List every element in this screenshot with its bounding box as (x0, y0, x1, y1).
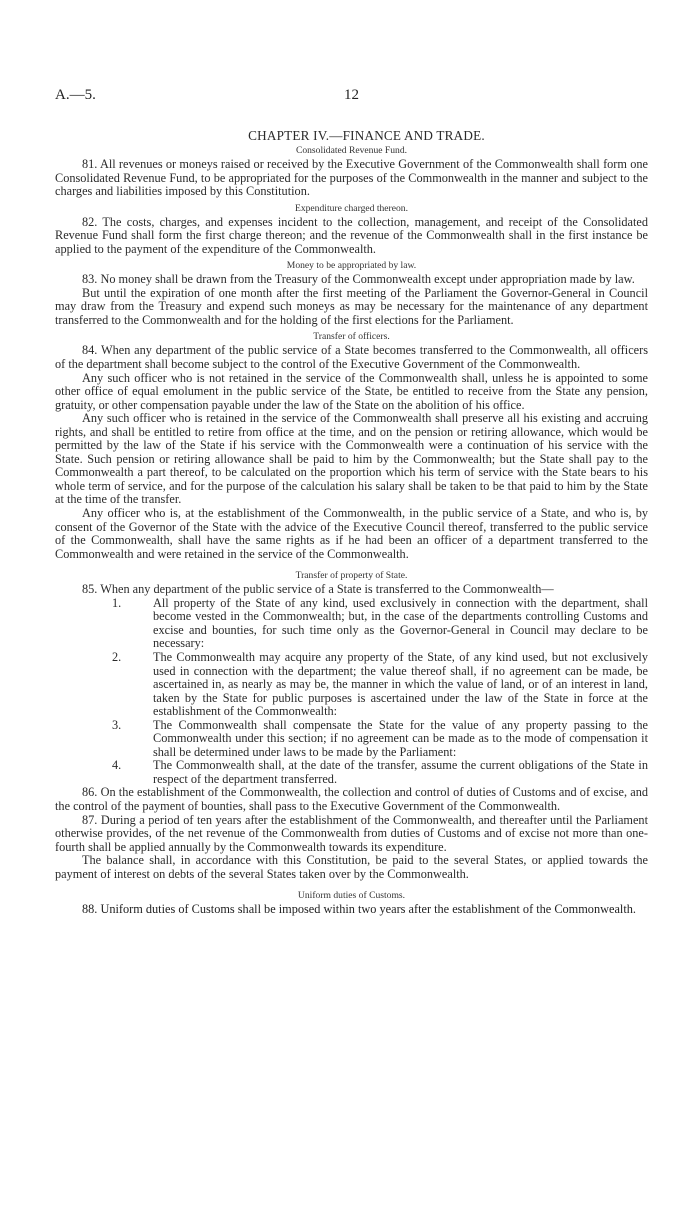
section-heading: Consolidated Revenue Fund. (55, 144, 648, 157)
section-number: 83. (82, 272, 97, 286)
paragraph-text: When any department of the public servic… (97, 582, 553, 596)
list-item-number: 3. (112, 719, 121, 733)
section-87-paragraph: 87. During a period of ten years after t… (55, 814, 648, 855)
paragraph-text: When any department of the public servic… (55, 343, 648, 371)
paragraph-text: But until the expiration of one month af… (55, 286, 648, 327)
list-item: 4.The Commonwealth shall, at the date of… (55, 759, 648, 786)
section-number: 85. (82, 582, 97, 596)
section-83-paragraph-2: But until the expiration of one month af… (55, 287, 648, 328)
section-heading: Expenditure charged thereon. (55, 202, 648, 215)
section-heading: Transfer of officers. (55, 330, 648, 343)
list-item: 2.The Commonwealth may acquire any prope… (55, 651, 648, 719)
section-87-paragraph-2: The balance shall, in accordance with th… (55, 854, 648, 881)
list-item-text: All property of the State of any kind, u… (153, 596, 648, 651)
section-heading: Transfer of property of State. (55, 569, 648, 582)
section-84-paragraph-3: Any such officer who is retained in the … (55, 412, 648, 507)
section-84-paragraph: 84. When any department of the public se… (55, 344, 648, 371)
page-header: A.—5. 12 (55, 87, 648, 107)
section-number: 86. (82, 785, 97, 799)
paragraph-text: No money shall be drawn from the Treasur… (97, 272, 634, 286)
page-number: 12 (55, 87, 648, 104)
paragraph-text: On the establishment of the Commonwealth… (55, 785, 648, 813)
chapter-title: CHAPTER IV.—FINANCE AND TRADE. (55, 128, 648, 143)
paragraph-text: The costs, charges, and expenses inciden… (55, 215, 648, 256)
paragraph-text: Uniform duties of Customs shall be impos… (97, 902, 636, 916)
section-83-paragraph: 83. No money shall be drawn from the Tre… (55, 273, 648, 287)
section-84-paragraph-2: Any such officer who is not retained in … (55, 372, 648, 413)
list-item-number: 2. (112, 651, 121, 665)
section-81-paragraph: 81. All revenues or moneys raised or rec… (55, 158, 648, 199)
list-item-text: The Commonwealth shall compensate the St… (153, 718, 648, 759)
section-number: 82. (82, 215, 97, 229)
section-heading: Money to be appropriated by law. (55, 259, 648, 272)
section-82-paragraph: 82. The costs, charges, and expenses inc… (55, 216, 648, 257)
paragraph-text: The balance shall, in accordance with th… (55, 853, 648, 881)
list-item-text: The Commonwealth shall, at the date of t… (153, 758, 648, 786)
section-86-paragraph: 86. On the establishment of the Commonwe… (55, 786, 648, 813)
section-number: 84. (82, 343, 97, 357)
section-88-paragraph: 88. Uniform duties of Customs shall be i… (55, 903, 648, 917)
list-item: 3.The Commonwealth shall compensate the … (55, 719, 648, 760)
list-item-text: The Commonwealth may acquire any propert… (153, 650, 648, 718)
list-item: 1.All property of the State of any kind,… (55, 597, 648, 651)
list-item-number: 4. (112, 759, 121, 773)
section-85-paragraph: 85. When any department of the public se… (55, 583, 648, 597)
paragraph-text: All revenues or moneys raised or receive… (55, 157, 648, 198)
section-number: 81. (82, 157, 97, 171)
paragraph-text: Any officer who is, at the establishment… (55, 506, 648, 561)
paragraph-text: Any such officer who is not retained in … (55, 371, 648, 412)
section-number: 87. (82, 813, 97, 827)
document-body: CHAPTER IV.—FINANCE AND TRADE. Consolida… (55, 128, 648, 917)
section-number: 88. (82, 902, 97, 916)
section-84-paragraph-4: Any officer who is, at the establishment… (55, 507, 648, 561)
paragraph-text: During a period of ten years after the e… (55, 813, 648, 854)
section-heading: Uniform duties of Customs. (55, 889, 648, 902)
list-item-number: 1. (112, 597, 121, 611)
paragraph-text: Any such officer who is retained in the … (55, 411, 648, 506)
section-85-list: 1.All property of the State of any kind,… (55, 597, 648, 787)
